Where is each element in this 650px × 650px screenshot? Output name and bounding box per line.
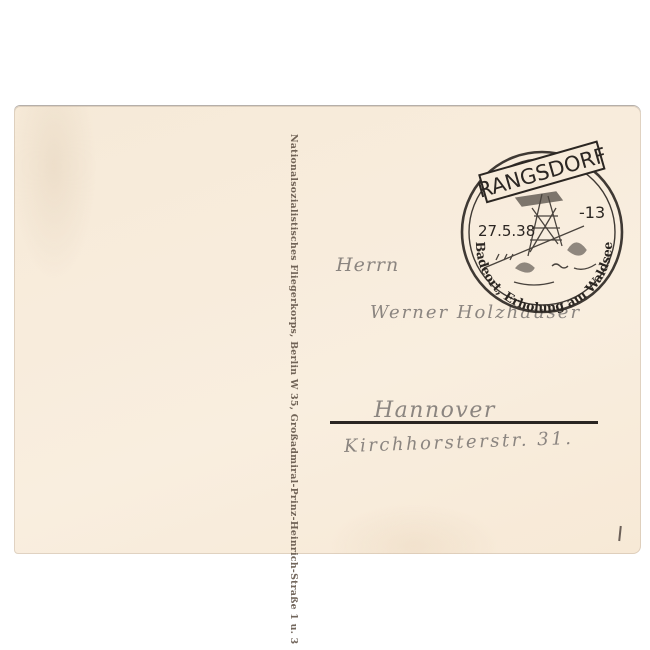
postmark-stamp: RANGSDORF 27.5.38 -13 Badeort, Erholung … <box>444 136 644 336</box>
sender-imprint: Nationalsozialistisches Fliegerkorps, Be… <box>285 134 299 574</box>
postmark-date: 27.5.38 <box>478 222 535 240</box>
postmark-time: -13 <box>579 203 605 222</box>
address-salutation: Herrn <box>336 254 399 276</box>
address-underline <box>330 421 598 424</box>
corner-pencil-mark <box>618 526 622 541</box>
address-street: Kirchhorsterstr. 31. <box>344 428 574 457</box>
postmark-slogan: Badeort, Erholung am Waldsee <box>473 241 615 315</box>
address-city: Hannover <box>374 398 496 423</box>
